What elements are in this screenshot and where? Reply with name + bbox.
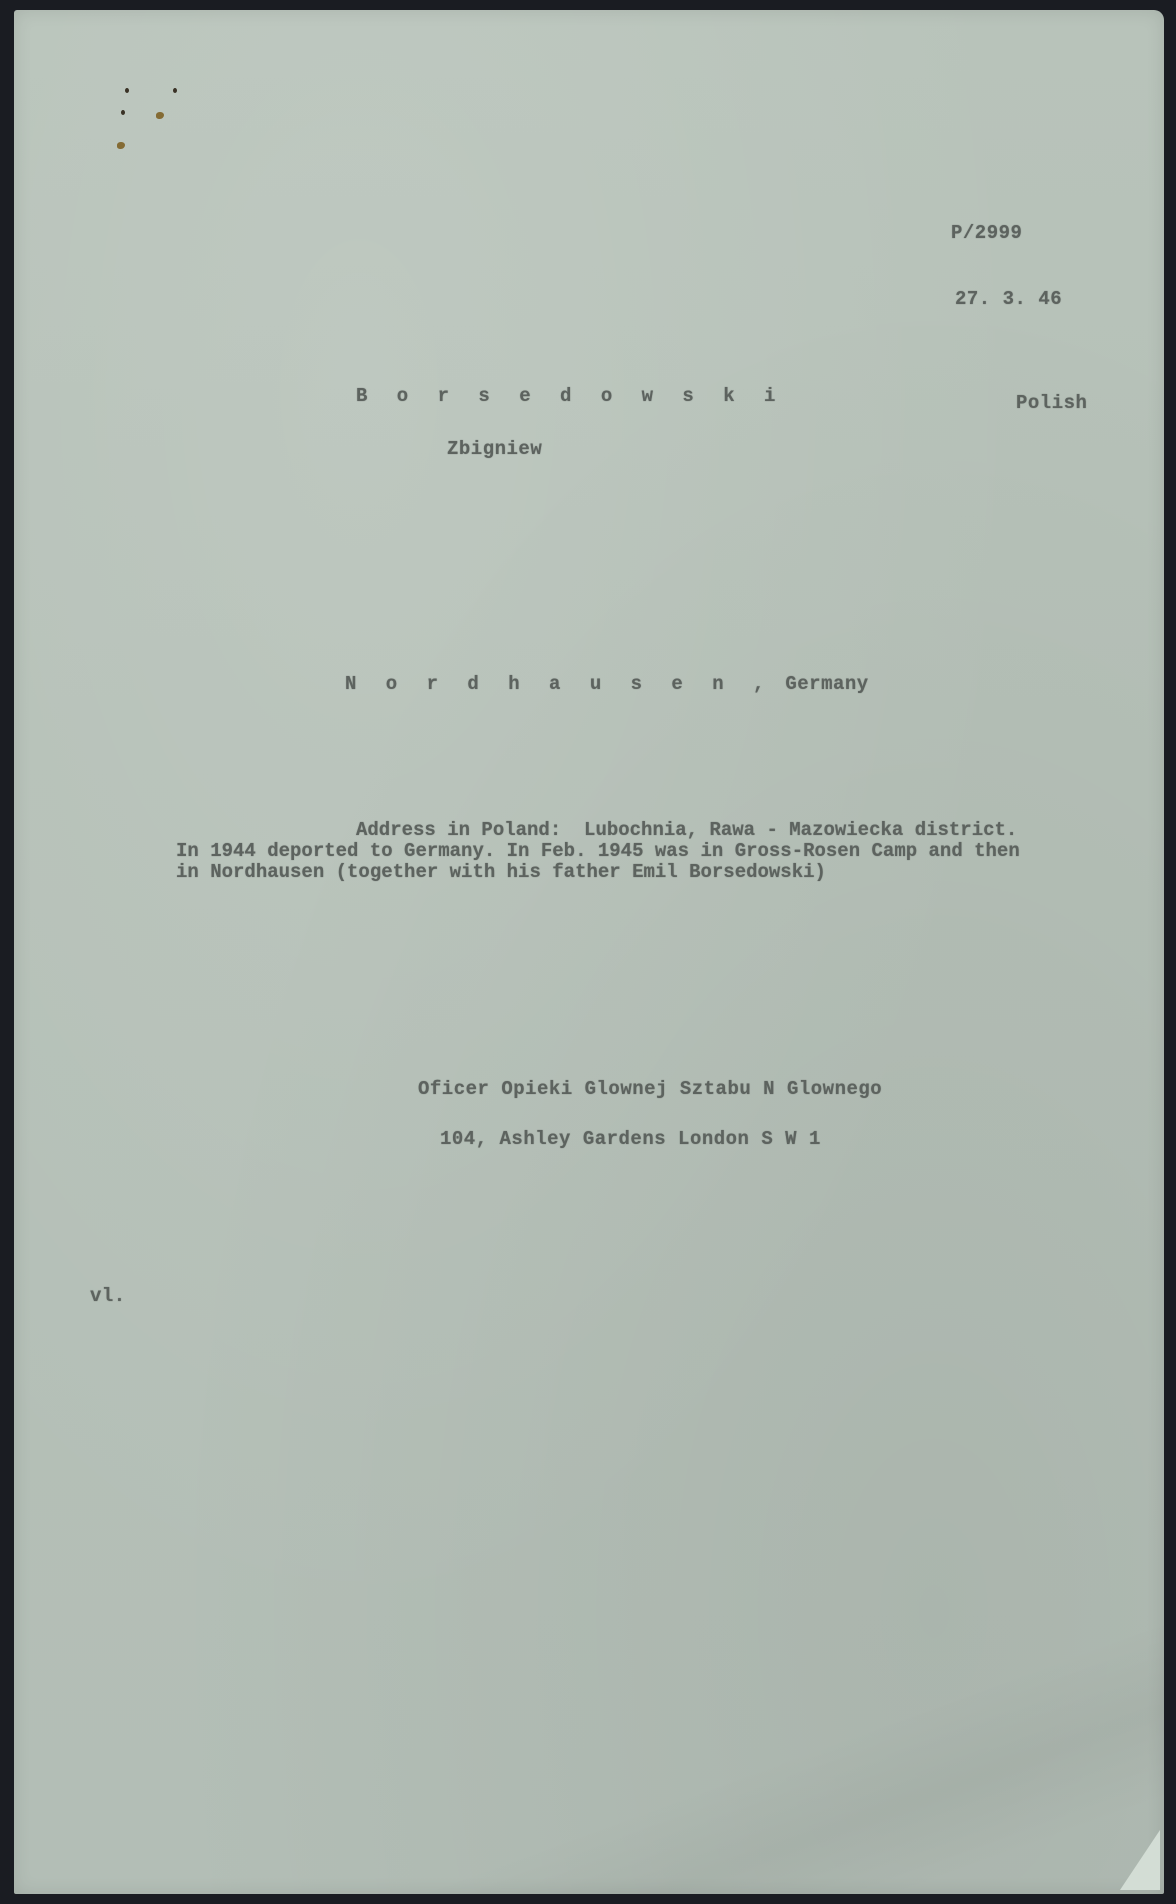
notes-line: In 1944 deported to Germany. In Feb. 194… bbox=[176, 841, 1076, 862]
location-city: N o r d h a u s e n , bbox=[345, 673, 773, 695]
location: N o r d h a u s e n , Germany bbox=[345, 673, 869, 695]
punch-hole-mark bbox=[173, 88, 177, 93]
notes-paragraph: Address in Poland: Lubochnia, Rawa - Maz… bbox=[176, 820, 1076, 883]
nationality: Polish bbox=[1016, 392, 1087, 414]
source-organization: Oficer Opieki Glownej Sztabu N Glownego bbox=[418, 1078, 882, 1100]
folded-corner bbox=[1120, 1830, 1160, 1890]
punch-hole-mark bbox=[125, 88, 129, 93]
typist-initials: vl. bbox=[90, 1285, 126, 1307]
surname: B o r s e d o w s k i bbox=[356, 385, 784, 407]
notes-line: in Nordhausen (together with his father … bbox=[176, 862, 1076, 883]
reference-number: P/2999 bbox=[951, 222, 1022, 244]
document-date: 27. 3. 46 bbox=[955, 288, 1062, 310]
given-name: Zbigniew bbox=[447, 438, 542, 460]
punch-hole-mark bbox=[121, 110, 125, 115]
notes-line: Address in Poland: Lubochnia, Rawa - Maz… bbox=[176, 820, 1076, 841]
location-country: Germany bbox=[785, 673, 868, 695]
source-address: 104, Ashley Gardens London S W 1 bbox=[440, 1128, 821, 1150]
